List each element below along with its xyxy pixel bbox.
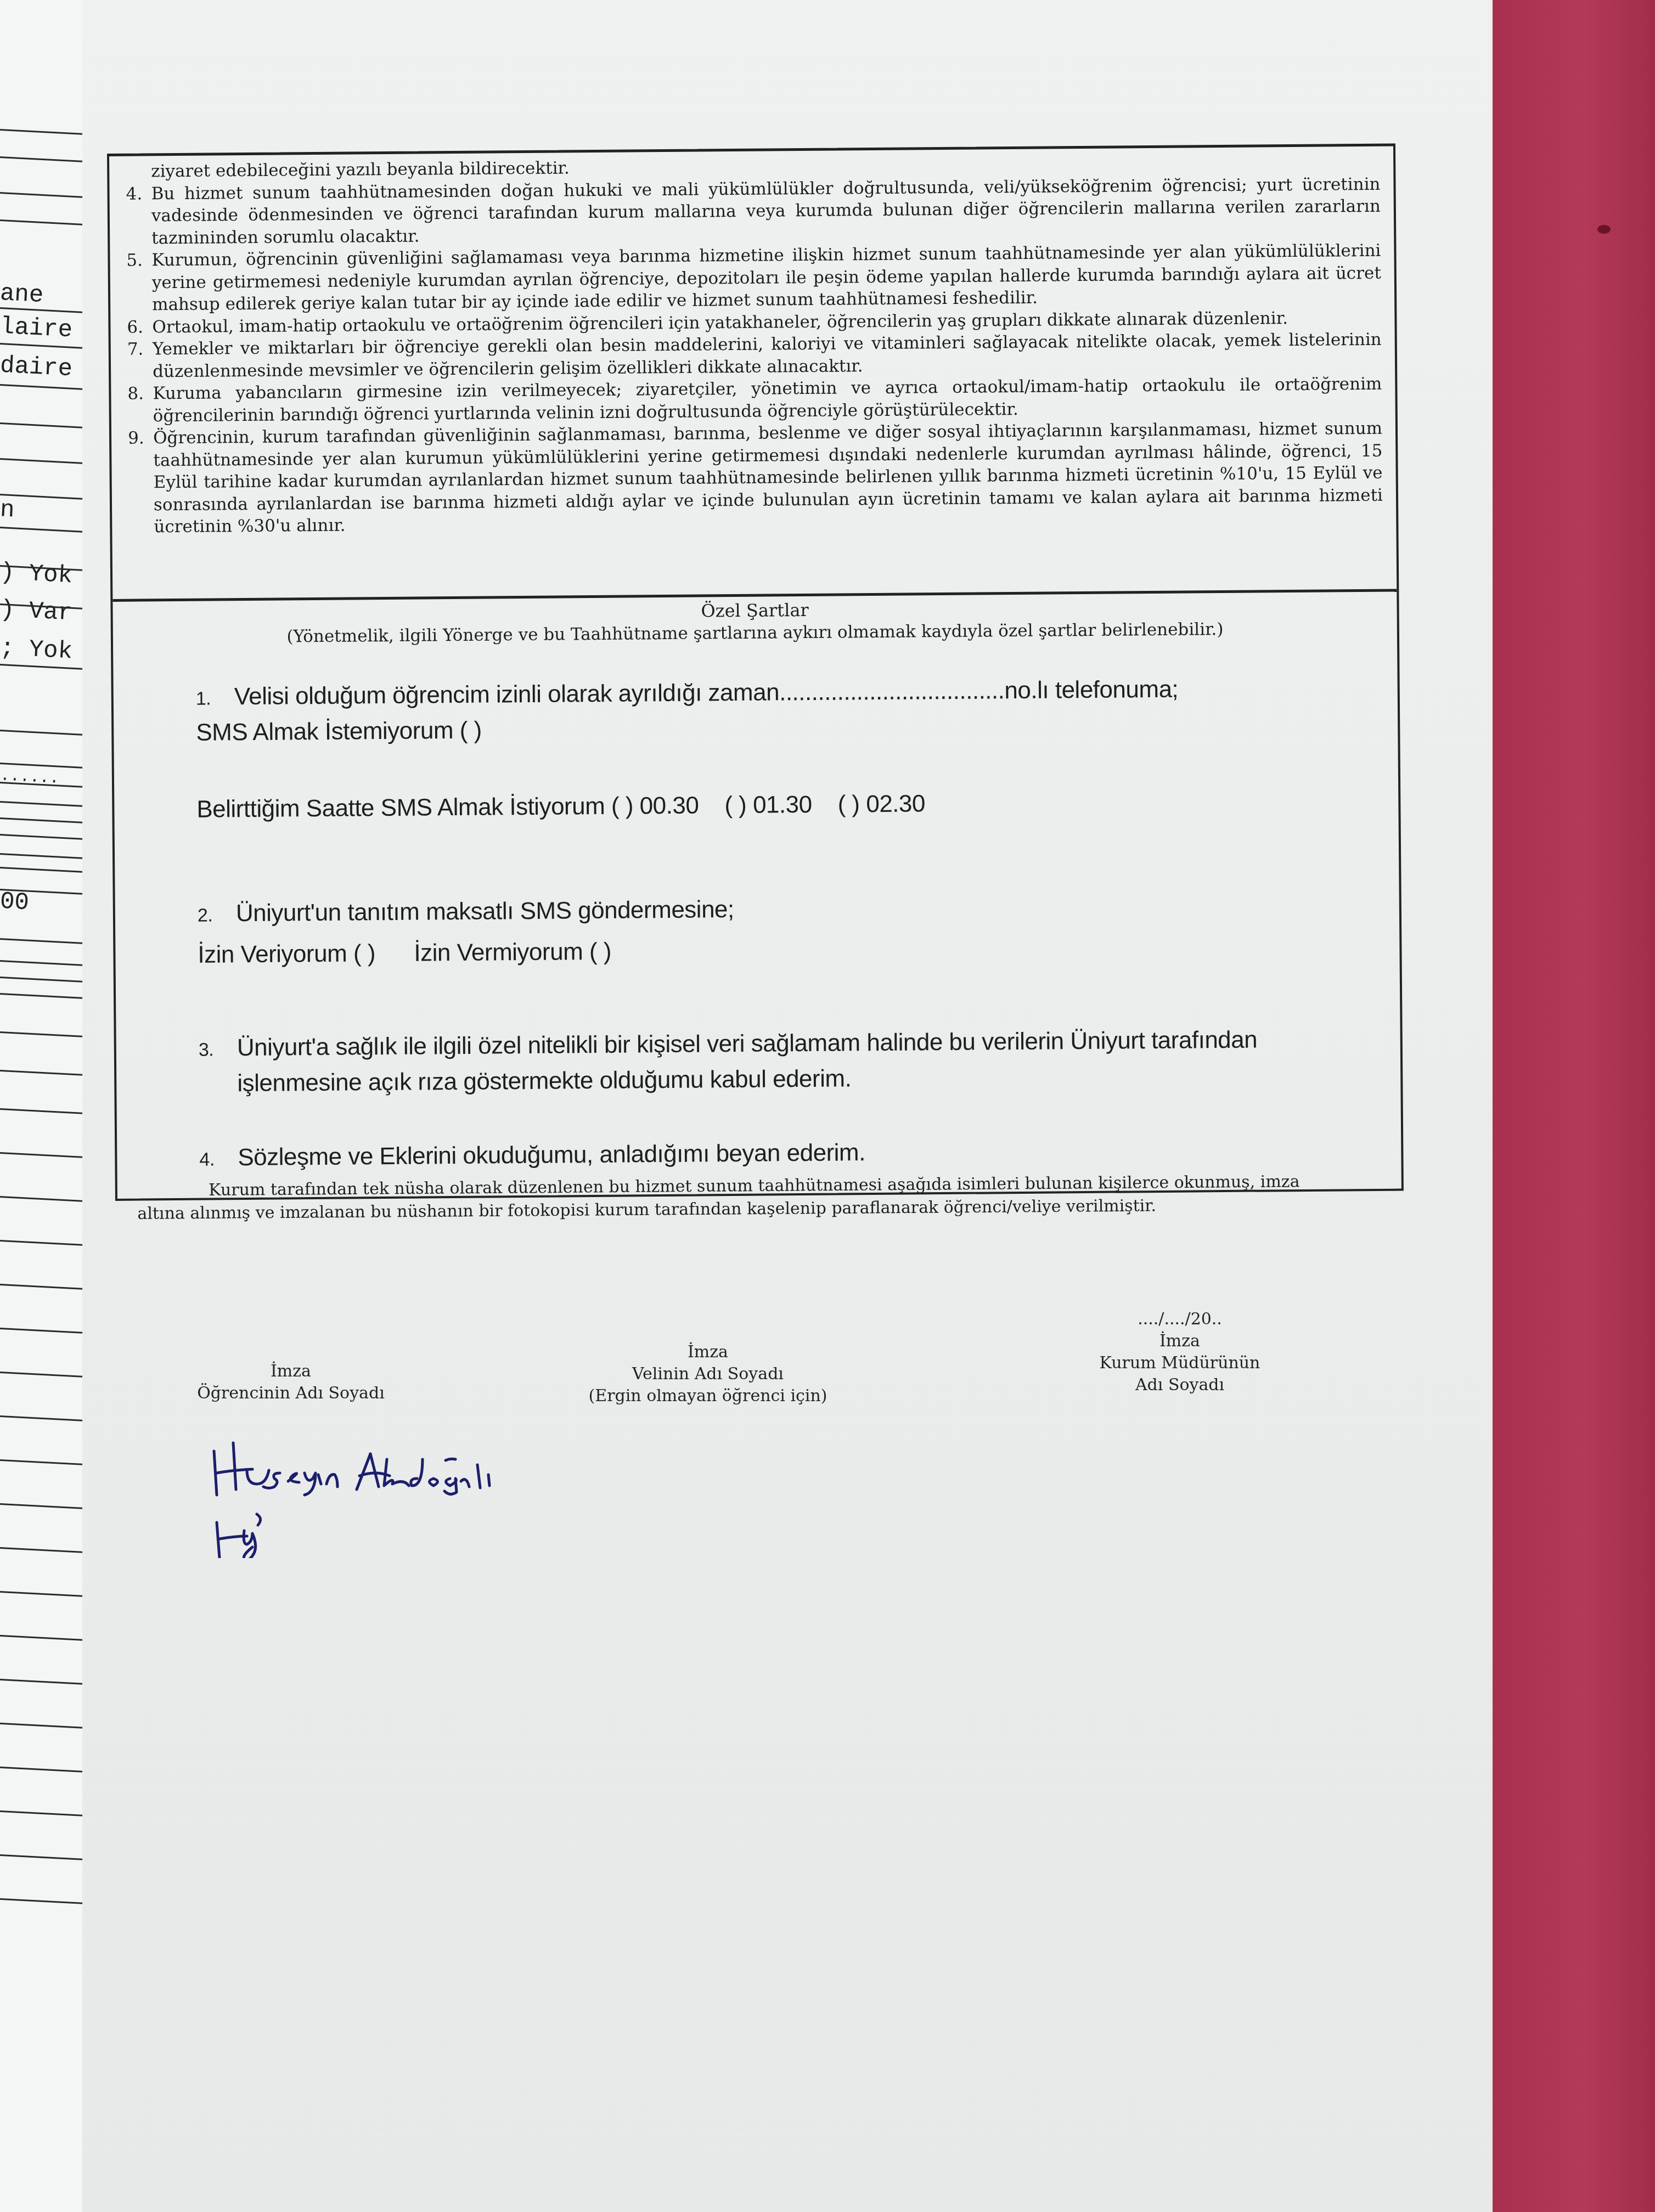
special-terms-section: Özel Şartlar (Yönetmelik, ilgili Yönerge… — [112, 592, 1401, 1199]
special-item-2: 2.Üniyurt'un tanıtım maksatlı SMS gönder… — [198, 896, 734, 928]
rule-line — [0, 867, 83, 873]
rule-line — [0, 853, 83, 859]
fragment-text: laire — [0, 313, 73, 345]
adjacent-page-edge: ane laire daire n ) Yok ) Var ; Yok ....… — [0, 0, 83, 2212]
item-number: 3. — [199, 1039, 237, 1061]
term-text: Bu hizmet sunum taahhütnamesinden doğan … — [151, 174, 1381, 248]
phone-number-blank[interactable]: ................................... — [779, 677, 1005, 706]
term-number: 7. — [127, 338, 144, 360]
rule-line — [0, 1196, 83, 1202]
rule-line — [0, 993, 83, 999]
signature-label: İmza — [576, 1341, 840, 1363]
rule-line — [0, 1547, 83, 1553]
rule-line — [0, 1854, 83, 1860]
rule-line — [0, 1898, 83, 1904]
fragment-text: n — [0, 496, 15, 524]
rule-line — [0, 1240, 83, 1246]
rule-line — [0, 834, 83, 840]
term-text: Yemekler ve miktarları bir öğrenciye ger… — [153, 330, 1382, 381]
term-text: Kurumun, öğrencinin güvenliğini sağlamam… — [151, 241, 1381, 315]
item-text: Üniyurt'a sağlık ile ilgili özel nitelik… — [237, 1026, 1258, 1062]
rule-line — [0, 817, 83, 823]
rule-line — [0, 1328, 83, 1334]
item-text: Üniyurt'un tanıtım maksatlı SMS gönderme… — [236, 896, 734, 927]
rule-line — [0, 1415, 83, 1421]
rule-line — [0, 219, 83, 225]
promo-sms-options: İzin Veriyorum ( ) İzin Vermiyorum ( ) — [198, 938, 611, 969]
special-item-4: 4.Sözleşme ve Eklerini okuduğumu, anladı… — [199, 1139, 865, 1172]
fragment-text: ane — [0, 280, 44, 309]
rule-line — [0, 1459, 83, 1465]
date-field[interactable]: ..../..../20.. — [1065, 1308, 1295, 1330]
item-text-suffix: no.lı telefonuma; — [1004, 676, 1178, 704]
binder-stain — [1597, 225, 1611, 234]
signature-label: İmza — [1065, 1330, 1295, 1352]
fragment-text: ) Var — [0, 596, 73, 628]
rule-line — [0, 1591, 83, 1597]
consent-no-checkbox[interactable]: İzin Vermiyorum ( ) — [414, 938, 611, 967]
term-text: Öğrencinin, kurum tarafından güvenliğini… — [153, 419, 1383, 537]
term-text: Kuruma yabancıların girmesine izin veril… — [153, 374, 1382, 426]
item-number: 1. — [196, 688, 234, 710]
item-number: 2. — [198, 905, 236, 927]
general-terms: ziyaret edebileceğini yazılı beyanla bil… — [109, 146, 1397, 602]
consent-yes-checkbox[interactable]: İzin Veriyorum ( ) — [198, 940, 375, 968]
handwritten-signature: Hüseyin Akdoğanlı — [192, 1426, 631, 1558]
term-number: 8. — [127, 382, 144, 405]
term-number: 6. — [127, 316, 143, 338]
closing-note: Kurum tarafından tek nüsha olarak düzenl… — [137, 1170, 1400, 1226]
parent-name-label: Velinin Adı Soyadı — [576, 1363, 840, 1385]
rule-line — [0, 960, 83, 966]
rule-line — [0, 1810, 83, 1816]
rule-line — [0, 801, 83, 807]
student-signature-block: İmza Öğrencinin Adı Soyadı — [176, 1361, 406, 1404]
rule-line — [0, 1108, 83, 1114]
term-number: 4. — [126, 183, 142, 205]
parent-note: (Ergin olmayan öğrenci için) — [576, 1385, 840, 1407]
rule-line — [0, 1767, 83, 1773]
fragment-text: ; Yok — [0, 635, 73, 666]
term-number: 5. — [126, 249, 143, 272]
time-option-0230[interactable]: ( ) 02.30 — [837, 790, 925, 817]
director-signature-block: ..../..../20.. İmza Kurum Müdürünün Adı … — [1065, 1308, 1295, 1396]
rule-line — [0, 1284, 83, 1290]
terms-box: ziyaret edebileceğini yazılı beyanla bil… — [107, 144, 1404, 1201]
term-item-4: 4. Bu hizmet sunum taahhütnamesinden doğ… — [126, 173, 1381, 249]
time-pref-label: Belirttiğim Saatte SMS Almak İstiyorum — [196, 793, 605, 823]
special-item-3: 3.Üniyurt'a sağlık ile ilgili özel nitel… — [199, 1026, 1258, 1062]
rule-line — [0, 730, 83, 736]
rule-line — [0, 1723, 83, 1729]
rule-line — [0, 384, 83, 390]
rule-line — [0, 156, 83, 162]
sms-opt-out-checkbox[interactable]: SMS Almak İstemiyorum ( ) — [196, 717, 482, 747]
item-text: Sözleşme ve Eklerini okuduğumu, anladığı… — [238, 1139, 865, 1171]
fragment-text: ) Yok — [0, 559, 73, 590]
rule-line — [0, 938, 83, 944]
red-binder-background — [1479, 0, 1655, 2212]
term-item-5: 5. Kurumun, öğrencinin güvenliğini sağla… — [126, 240, 1381, 316]
time-option-0030[interactable]: ( ) 00.30 — [611, 792, 699, 820]
rule-line — [0, 1679, 83, 1685]
rule-line — [0, 129, 83, 135]
term-text: ziyaret edebileceğini yazılı beyanla bil… — [151, 158, 570, 181]
fragment-text: daire — [0, 352, 73, 383]
special-item-1: 1.Velisi olduğum öğrencim izinli olarak … — [196, 676, 1179, 711]
rule-line — [0, 192, 83, 198]
sms-time-preference: Belirttiğim Saatte SMS Almak İstiyorum (… — [196, 790, 925, 823]
rule-line — [0, 1070, 83, 1076]
director-name-label: Adı Soyadı — [1065, 1374, 1295, 1396]
signature-label: İmza — [176, 1361, 406, 1383]
student-name-label: Öğrencinin Adı Soyadı — [176, 1383, 406, 1404]
time-option-0130[interactable]: ( ) 01.30 — [724, 791, 812, 819]
rule-line — [0, 527, 83, 533]
rule-line — [0, 1635, 83, 1641]
parent-signature-block: İmza Velinin Adı Soyadı (Ergin olmayan ö… — [576, 1341, 840, 1407]
term-item-9: 9. Öğrencinin, kurum tarafından güvenliğ… — [128, 417, 1383, 538]
item-number: 4. — [199, 1149, 238, 1171]
fragment-text: 00 — [0, 888, 30, 917]
item-text: Velisi olduğum öğrencim izinli olarak ay… — [234, 679, 780, 710]
rule-line — [0, 1372, 83, 1378]
rule-line — [0, 977, 83, 983]
rule-line — [0, 1152, 83, 1158]
rule-line — [0, 458, 83, 464]
director-label: Kurum Müdürünün — [1065, 1352, 1295, 1374]
document-page: ziyaret edebileceğini yazılı beyanla bil… — [82, 0, 1493, 2212]
rule-line — [0, 1503, 83, 1509]
term-number: 9. — [128, 427, 144, 449]
rule-line — [0, 1031, 83, 1037]
rule-line — [0, 422, 83, 428]
special-item-3-line2: işlenmesine açık rıza göstermekte olduğu… — [199, 1065, 851, 1097]
